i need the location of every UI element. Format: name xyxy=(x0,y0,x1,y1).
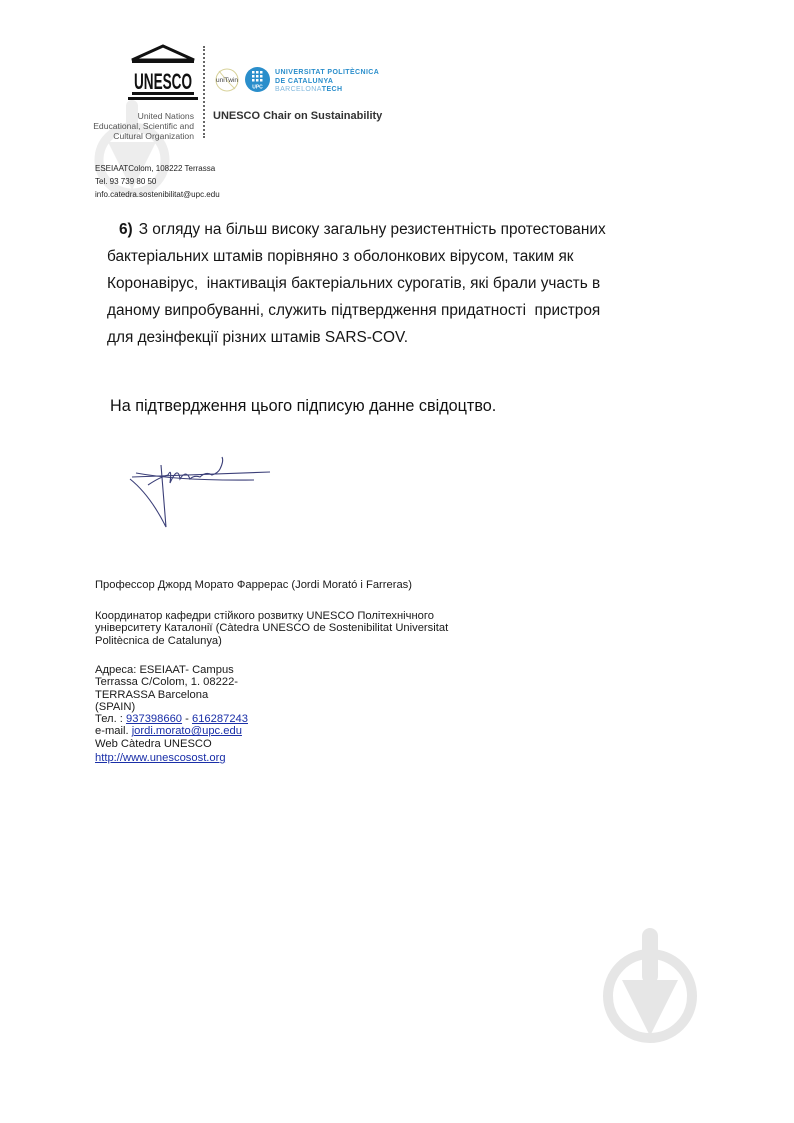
upc-name-line: DE CATALUNYA xyxy=(275,78,379,87)
paragraph-line: бактеріальних штамів порівняно з оболонк… xyxy=(107,243,667,270)
web-label: Web Càtedra UNESCO xyxy=(95,738,248,750)
unesco-subtitle: United Nations Educational, Scientific a… xyxy=(84,111,194,141)
unesco-subtitle-line: United Nations xyxy=(84,111,194,121)
web-row: http://www.unescosost.org xyxy=(95,752,248,764)
email-label: e-mail. xyxy=(95,725,132,737)
svg-text:UNESCO: UNESCO xyxy=(134,69,192,94)
upc-barcelona: BARCELONA xyxy=(275,86,322,93)
header-phone: Tel. 93 739 80 50 xyxy=(95,175,220,188)
phone-link-2[interactable]: 616287243 xyxy=(192,713,248,725)
paragraph-line: даному випробуванні, служить підтверджен… xyxy=(107,297,667,324)
signature xyxy=(120,455,280,535)
svg-text:uniTwin: uniTwin xyxy=(216,77,238,84)
item-number: 6) xyxy=(119,221,133,238)
watermark-trowel-icon-bottom xyxy=(600,928,700,1048)
signatory-name: Профессор Джорд Морато Фаррерас (Jordi M… xyxy=(95,579,412,591)
email-link[interactable]: jordi.morato@upc.edu xyxy=(132,725,242,737)
paragraph-line: 6)З огляду на більш високу загальну рези… xyxy=(107,216,667,243)
address-line: TERRASSA Barcelona xyxy=(95,689,248,701)
phone-link-1[interactable]: 937398660 xyxy=(126,713,182,725)
upc-name-line: UNIVERSITAT POLITÈCNICA xyxy=(275,69,379,78)
phone-label: Тел. : xyxy=(95,713,126,725)
phone-row: Тел. : 937398660 - 616287243 xyxy=(95,713,248,725)
paragraph-line: для дезінфекції різних штамів SARS-COV. xyxy=(107,324,667,351)
address-line: (SPAIN) xyxy=(95,701,248,713)
header-email: info.catedra.sostenibilitat@upc.edu xyxy=(95,188,220,201)
position-line: університету Каталонії (Càtedra UNESCO d… xyxy=(95,622,495,634)
upc-tech: TECH xyxy=(322,86,343,93)
website-link[interactable]: http://www.unescosost.org xyxy=(95,752,226,764)
upc-barcelonatech: BARCELONATECH xyxy=(275,86,379,95)
header-address: ESEIAATColom, 108222 Terrassa Tel. 93 73… xyxy=(95,162,220,201)
unitwin-logo: uniTwin xyxy=(213,67,241,93)
paragraph-text: З огляду на більш високу загальну резист… xyxy=(139,221,606,238)
position-line: Координатор кафедри стійкого розвитку UN… xyxy=(95,610,495,622)
header-address-line: ESEIAATColom, 108222 Terrassa xyxy=(95,162,220,175)
position-line: Politècnica de Catalunya) xyxy=(95,635,495,647)
upc-logo: UPC xyxy=(245,67,270,92)
unesco-subtitle-line: Educational, Scientific and xyxy=(84,121,194,131)
header-divider xyxy=(203,46,205,138)
upc-name: UNIVERSITAT POLITÈCNICA DE CATALUNYA BAR… xyxy=(275,69,379,95)
address-line: Terrassa C/Colom, 1. 08222- xyxy=(95,676,248,688)
paragraph-line: Коронавірус, інактивація бактеріальних с… xyxy=(107,270,667,297)
chair-title: UNESCO Chair on Sustainability xyxy=(213,110,382,122)
signatory-position: Координатор кафедри стійкого розвитку UN… xyxy=(95,610,495,647)
email-row: e-mail. jordi.morato@upc.edu xyxy=(95,725,248,737)
address-label: Адреса: ESEIAAT- Campus xyxy=(95,664,248,676)
unesco-subtitle-line: Cultural Organization xyxy=(84,131,194,141)
confirmation-statement: На підтвердження цього підписую данне св… xyxy=(110,397,496,416)
paragraph-item-6: 6)З огляду на більш високу загальну рези… xyxy=(107,216,667,351)
svg-text:UPC: UPC xyxy=(252,85,263,91)
phone-separator: - xyxy=(182,713,192,725)
signatory-contact: Адреса: ESEIAAT- Campus Terrassa C/Colom… xyxy=(95,664,248,764)
unesco-logo: UNESCO xyxy=(126,44,200,104)
